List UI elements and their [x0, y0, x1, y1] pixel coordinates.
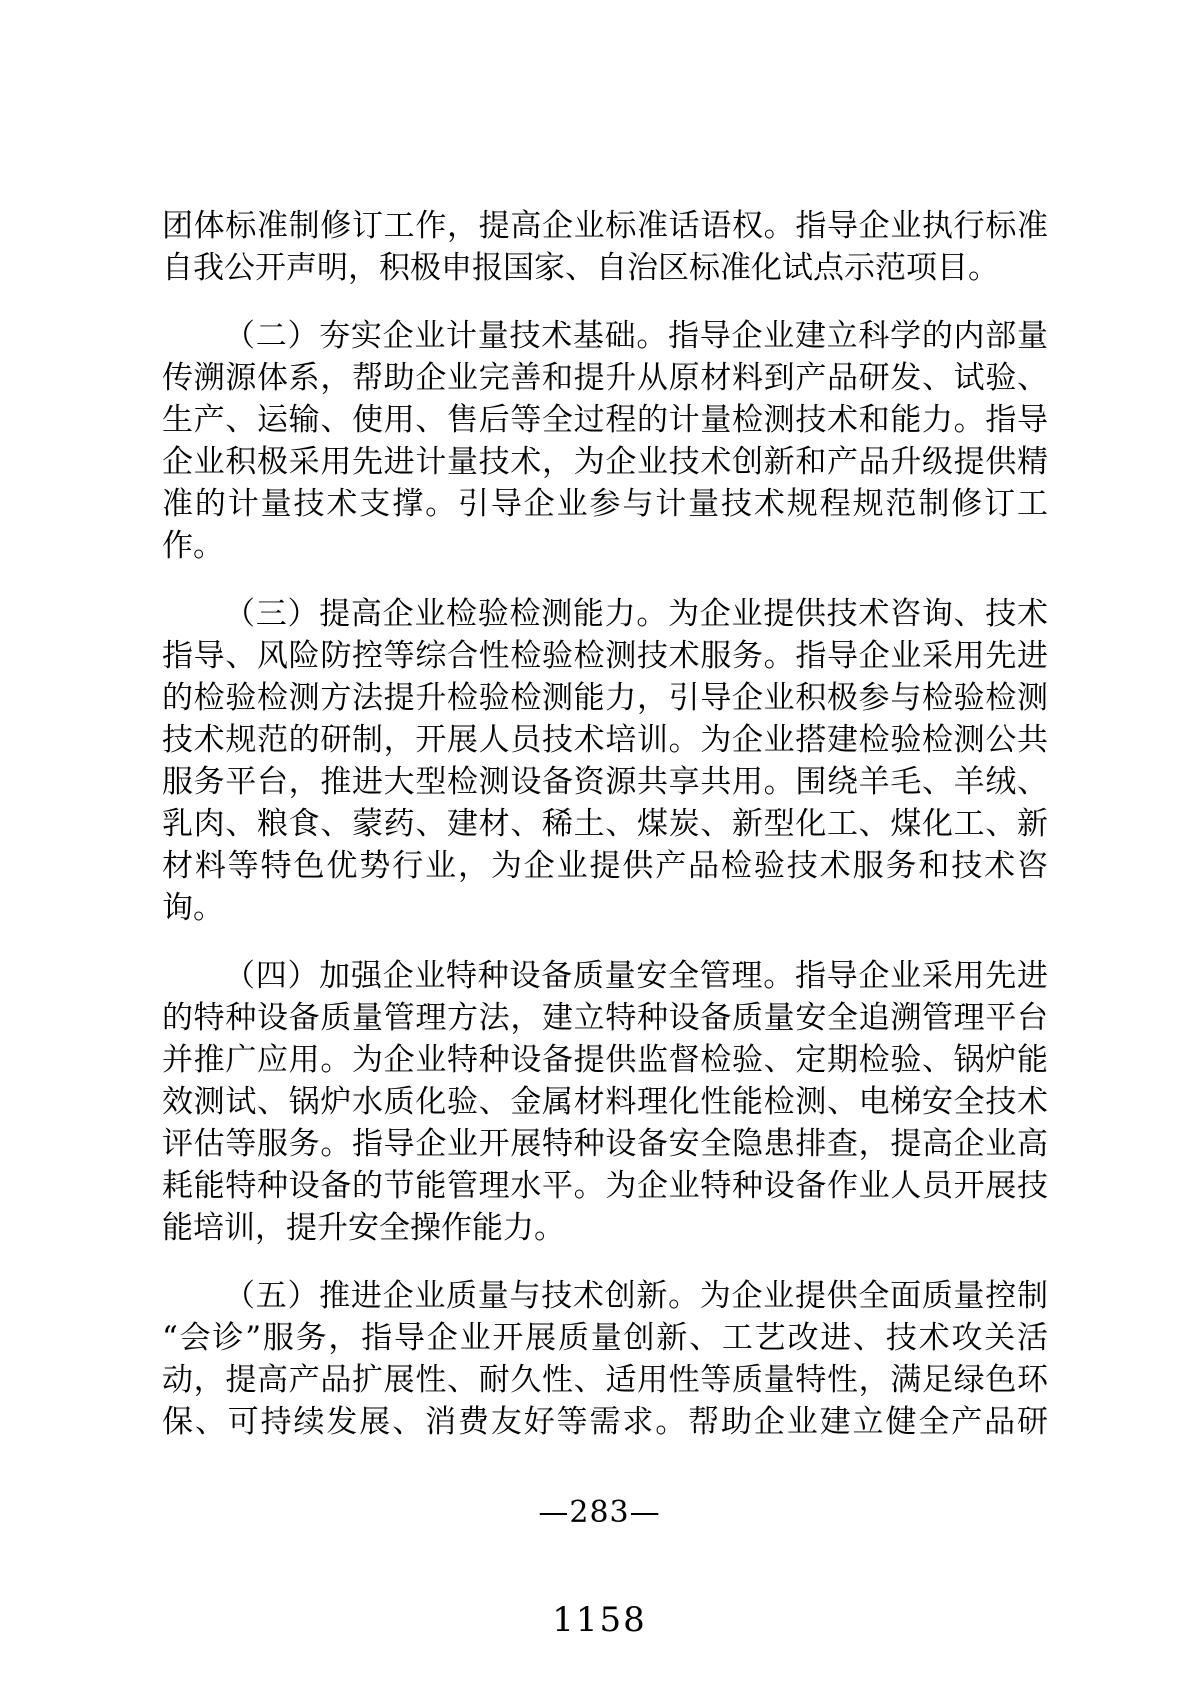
text-line: 技术规范的研制，开展人员技术培训。为企业搭建检验检测公共 [162, 719, 1048, 761]
page-number: —283— [0, 1495, 1199, 1531]
volume-page-number: 1158 [0, 1600, 1199, 1640]
paragraph: （三）提高企业检验检测能力。为企业提供技术咨询、技术 指导、风险防控等综合性检验… [162, 593, 1048, 929]
text-line: 保、可持续发展、消费友好等需求。帮助企业建立健全产品研发、 [162, 1401, 1048, 1443]
paragraph: （二）夯实企业计量技术基础。指导企业建立科学的内部量 传溯源体系，帮助企业完善和… [162, 315, 1048, 567]
text-line: 准的计量技术支撑。引导企业参与计量技术规程规范制修订工 [162, 483, 1048, 525]
text-line: 团体标准制修订工作，提高企业标准话语权。指导企业执行标准 [162, 205, 1048, 247]
text-line: 询。 [162, 887, 1048, 929]
text-line: 效测试、锅炉水质化验、金属材料理化性能检测、电梯安全技术 [162, 1081, 1048, 1123]
text-line: 能培训，提升安全操作能力。 [162, 1207, 1048, 1249]
text-line: 服务平台，推进大型检测设备资源共享共用。围绕羊毛、羊绒、 [162, 761, 1048, 803]
text-line: 评估等服务。指导企业开展特种设备安全隐患排查，提高企业高 [162, 1123, 1048, 1165]
text-line: 动，提高产品扩展性、耐久性、适用性等质量特性，满足绿色环 [162, 1359, 1048, 1401]
paragraph: 团体标准制修订工作，提高企业标准话语权。指导企业执行标准 自我公开声明，积极申报… [162, 205, 1048, 289]
text-line: 耗能特种设备的节能管理水平。为企业特种设备作业人员开展技 [162, 1165, 1048, 1207]
text-line: （五）推进企业质量与技术创新。为企业提供全面质量控制 [162, 1275, 1048, 1317]
text-line: （四）加强企业特种设备质量安全管理。指导企业采用先进 [162, 955, 1048, 997]
document-body: 团体标准制修订工作，提高企业标准话语权。指导企业执行标准 自我公开声明，积极申报… [162, 205, 1048, 1443]
paragraph: （五）推进企业质量与技术创新。为企业提供全面质量控制 “会诊”服务，指导企业开展… [162, 1275, 1048, 1443]
text-line: 乳肉、粮食、蒙药、建材、稀土、煤炭、新型化工、煤化工、新 [162, 803, 1048, 845]
text-line: 的检验检测方法提升检验检测能力，引导企业积极参与检验检测 [162, 677, 1048, 719]
text-line: （二）夯实企业计量技术基础。指导企业建立科学的内部量 [162, 315, 1048, 357]
text-line: 的特种设备质量管理方法，建立特种设备质量安全追溯管理平台 [162, 997, 1048, 1039]
text-line: 企业积极采用先进计量技术，为企业技术创新和产品升级提供精 [162, 441, 1048, 483]
text-line: 作。 [162, 525, 1048, 567]
text-line: 并推广应用。为企业特种设备提供监督检验、定期检验、锅炉能 [162, 1039, 1048, 1081]
text-line: “会诊”服务，指导企业开展质量创新、工艺改进、技术攻关活 [162, 1317, 1048, 1359]
text-line: （三）提高企业检验检测能力。为企业提供技术咨询、技术 [162, 593, 1048, 635]
paragraph: （四）加强企业特种设备质量安全管理。指导企业采用先进 的特种设备质量管理方法，建… [162, 955, 1048, 1249]
text-line: 指导、风险防控等综合性检验检测技术服务。指导企业采用先进 [162, 635, 1048, 677]
text-line: 传溯源体系，帮助企业完善和提升从原材料到产品研发、试验、 [162, 357, 1048, 399]
text-line: 自我公开声明，积极申报国家、自治区标准化试点示范项目。 [162, 247, 1048, 289]
text-line: 生产、运输、使用、售后等全过程的计量检测技术和能力。指导 [162, 399, 1048, 441]
text-line: 材料等特色优势行业，为企业提供产品检验技术服务和技术咨 [162, 845, 1048, 887]
